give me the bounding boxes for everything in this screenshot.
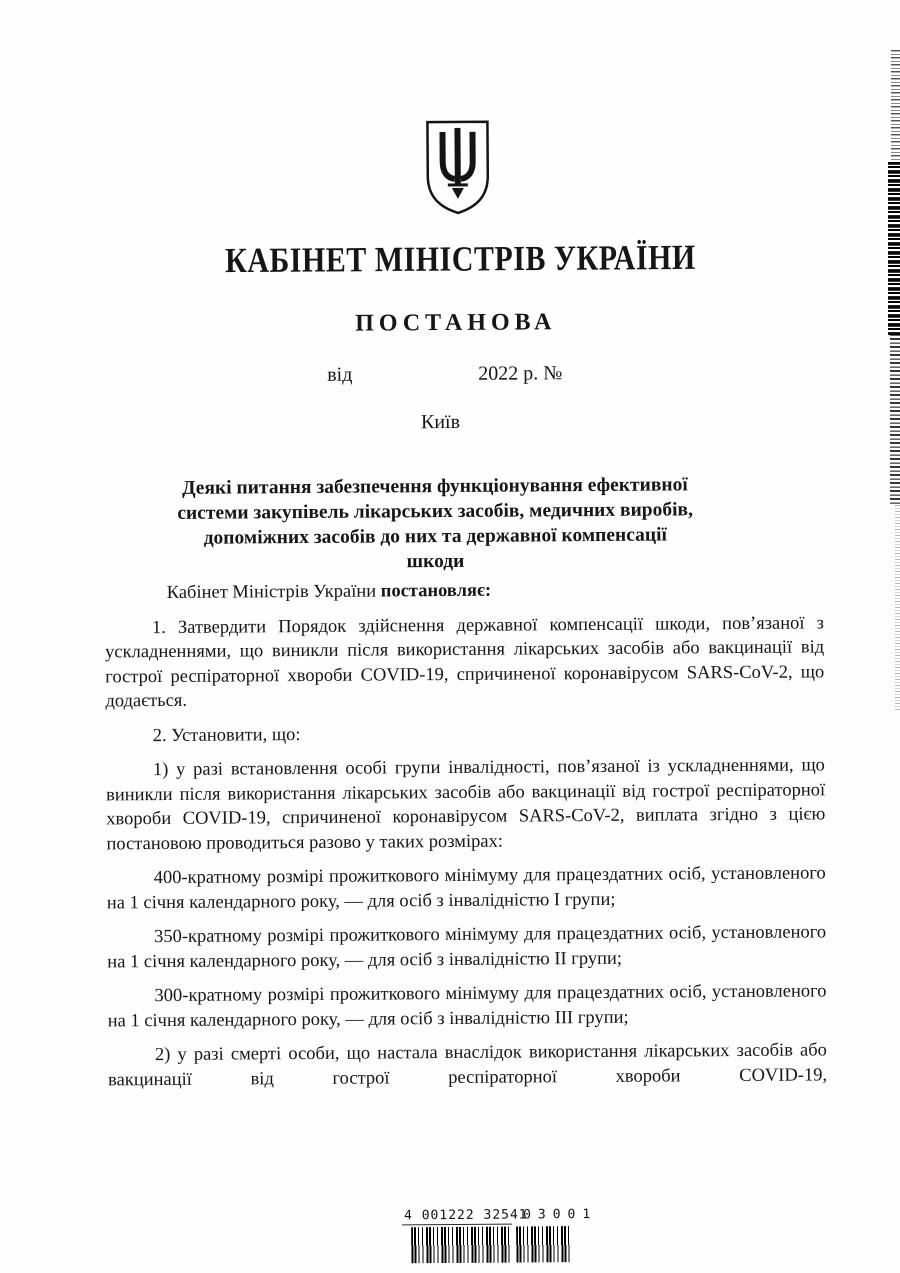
scan-noise-segment: [888, 162, 900, 335]
document-body: Кабінет Міністрів України постановляє: 1…: [105, 576, 828, 1102]
date-value: 2022 р. №: [478, 362, 562, 386]
date-row: від 2022 р. №: [0, 360, 898, 392]
paragraph-6: 300-кратному розмірі прожиткового мініму…: [107, 979, 826, 1033]
paragraph-1: 1. Затвердити Порядок здійснення державн…: [105, 611, 825, 714]
barcode-bars-right: [516, 1226, 570, 1262]
city-label: Київ: [0, 408, 891, 437]
document-page: КАБІНЕТ МІНІСТРІВ УКРАЇНИ ПОСТАНОВА від …: [0, 0, 900, 1273]
subject-line: допоміжних засобів до них та державної к…: [177, 522, 693, 576]
scan-noise-segment: [895, 505, 900, 710]
intro-paragraph: Кабінет Міністрів України постановляє:: [105, 576, 824, 606]
subject-line: системи закупівель лікарських засобів, м…: [177, 497, 693, 526]
coat-of-arms-icon: [421, 119, 494, 218]
barcode-digits-left: 4 001222 32541: [404, 1207, 528, 1223]
barcode-underline: [402, 1224, 512, 1226]
scan-noise-segment: [891, 50, 900, 162]
intro-resolves-text: постановляє:: [381, 581, 492, 602]
paragraph-2: 2. Установити, що:: [106, 719, 825, 749]
barcode-bars-left: [411, 1227, 511, 1264]
paragraph-3: 1) у разі встановлення особі групи інвал…: [106, 753, 826, 856]
doc-type-title: ПОСТАНОВА: [6, 307, 900, 340]
intro-text: Кабінет Міністрів України: [167, 581, 381, 602]
paragraph-5: 350-кратному розмірі прожиткового мініму…: [107, 920, 826, 974]
org-title: КАБІНЕТ МІНІСТРІВ УКРАЇНИ: [10, 237, 900, 283]
paragraph-4: 400-кратному розмірі прожиткового мініму…: [107, 861, 826, 915]
barcode-digits-right: 03001: [523, 1207, 597, 1223]
date-from-label: від: [327, 364, 352, 387]
barcode: 4 001222 32541 03001: [402, 1207, 574, 1268]
scan-noise-artifact: [884, 0, 900, 1273]
scan-noise-segment: [890, 335, 900, 505]
subject-title: Деякі питання забезпечення функціонуванн…: [177, 472, 694, 576]
subject-line: Деякі питання забезпечення функціонуванн…: [177, 472, 693, 501]
document-content: КАБІНЕТ МІНІСТРІВ УКРАЇНИ ПОСТАНОВА від …: [0, 0, 900, 1273]
paragraph-7: 2) у разі смерті особи, що настала внасл…: [108, 1038, 827, 1092]
